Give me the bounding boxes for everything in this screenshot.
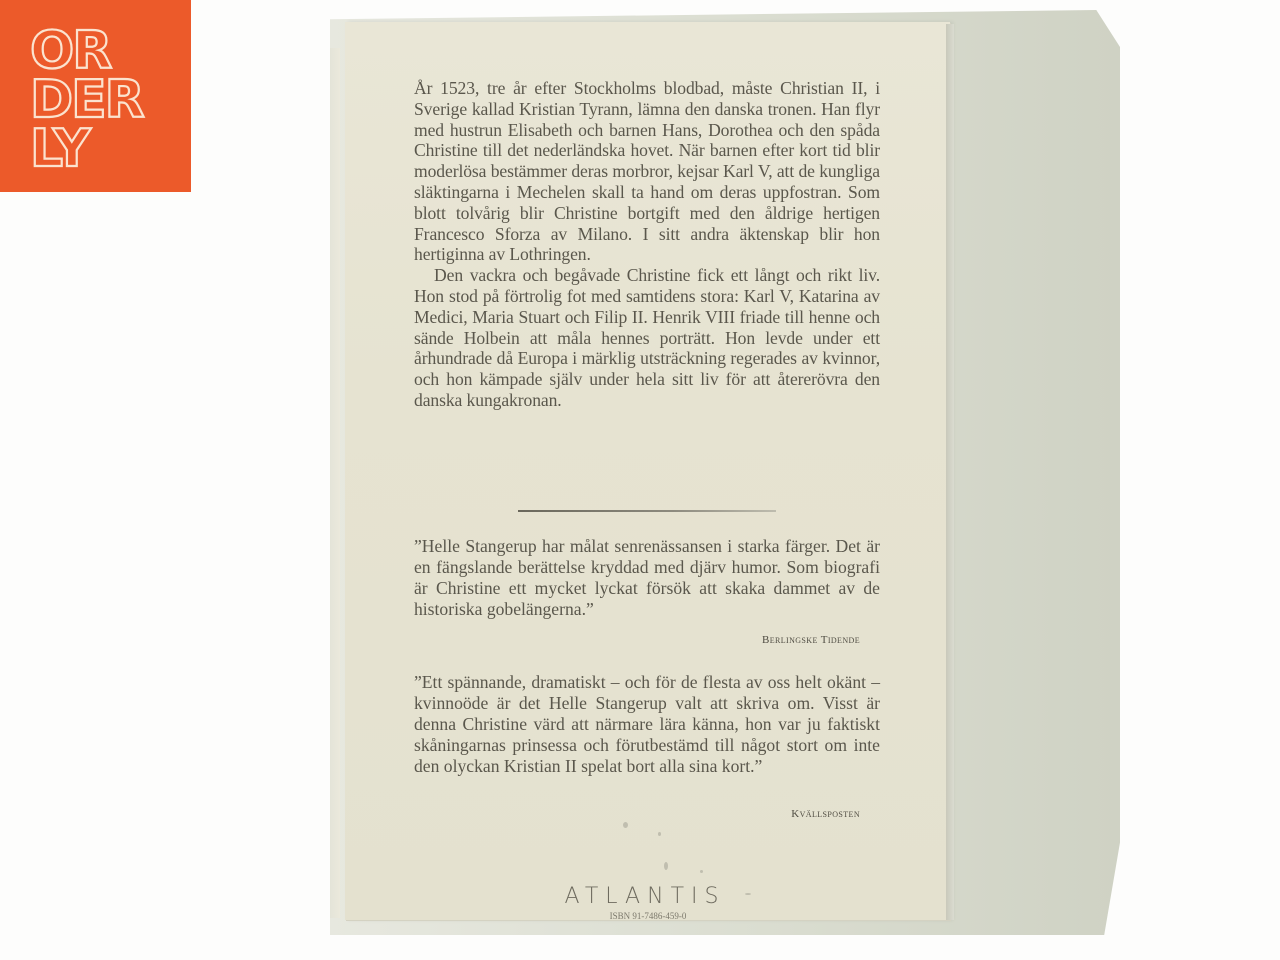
divider-rule	[518, 510, 776, 512]
blurb-paragraph: Den vackra och begåvade Christine fick e…	[414, 265, 880, 411]
jacket-edge	[330, 48, 340, 918]
svg-text:LY: LY	[30, 119, 92, 179]
review-source: Kvällsposten	[791, 808, 860, 820]
cover-blemish	[700, 870, 703, 873]
blurb: År 1523, tre år efter Stockholms blodbad…	[414, 78, 880, 411]
orderly-logo-icon: OR DER LY	[0, 0, 191, 192]
cover-blemish	[658, 832, 661, 836]
review-quote: ”Ett spännande, dramatiskt – och för de …	[414, 672, 880, 777]
publisher-name: ATLANTIS	[560, 884, 730, 909]
cover-blemish	[623, 822, 628, 828]
cover-edge-shadow	[946, 24, 954, 920]
cover-blemish	[664, 862, 668, 870]
product-photo: År 1523, tre år efter Stockholms blodbad…	[0, 0, 1280, 960]
orderly-logo: OR DER LY	[0, 0, 191, 192]
isbn: ISBN 91-7486-459-0	[588, 911, 708, 921]
cover-blemish	[745, 893, 751, 895]
review-quote: ”Helle Stangerup har målat senrenässanse…	[414, 536, 880, 620]
review-source: Berlingske Tidende	[762, 634, 860, 646]
blurb-paragraph: År 1523, tre år efter Stockholms blodbad…	[414, 78, 880, 265]
